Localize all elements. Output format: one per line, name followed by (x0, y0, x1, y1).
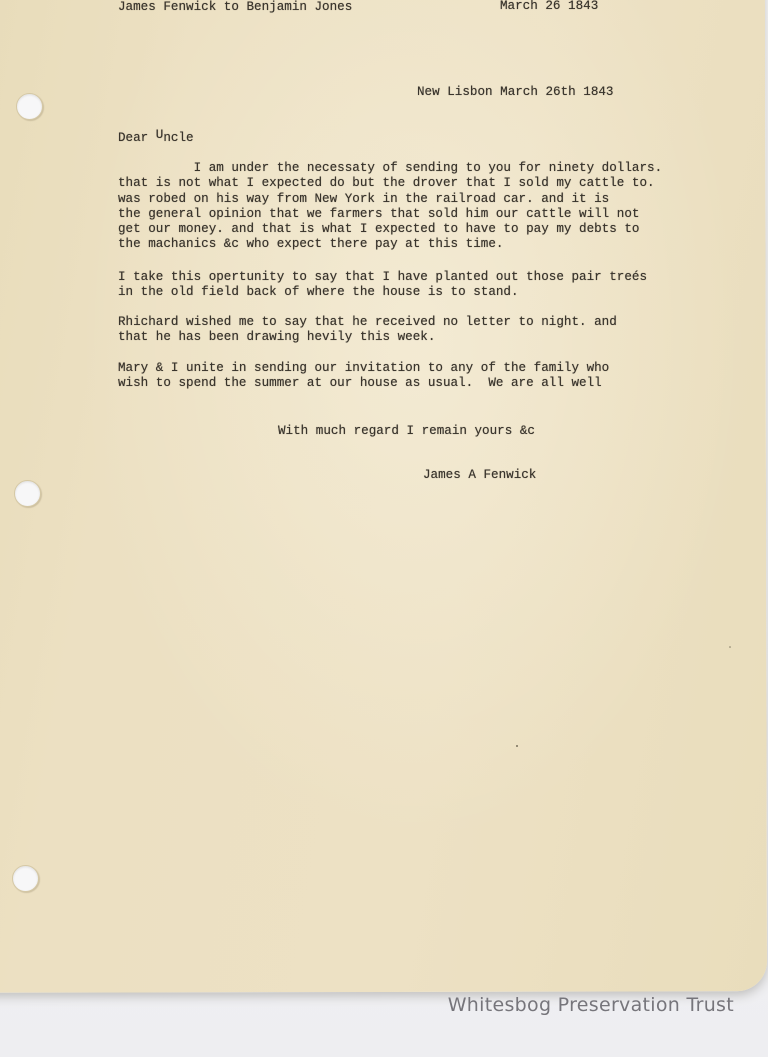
signature: James A Fenwick (423, 468, 536, 483)
letter-paper (0, 0, 767, 993)
salutation-raised-letter: U (156, 128, 164, 142)
salutation-pre: Dear (118, 131, 156, 145)
paragraph-4: Mary & I unite in sending our invitation… (118, 361, 609, 392)
scanned-letter-page: James Fenwick to Benjamin Jones March 26… (0, 0, 768, 1057)
footer-credit: Whitesbog Preservation Trust (448, 994, 734, 1016)
dateline: New Lisbon March 26th 1843 (417, 85, 614, 100)
paragraph-2: I take this opertunity to say that I hav… (118, 270, 647, 301)
punch-hole-top (16, 93, 43, 120)
punch-hole-bottom (12, 865, 39, 892)
closing-line: With much regard I remain yours &c (278, 424, 535, 439)
paragraph-1: I am under the necessaty of sending to y… (118, 161, 662, 253)
header-title: James Fenwick to Benjamin Jones (118, 0, 352, 15)
salutation: Dear Uncle (118, 131, 194, 146)
ink-speck (729, 646, 731, 648)
salutation-rest: ncle (163, 131, 193, 145)
paragraph-3: Rhichard wished me to say that he receiv… (118, 315, 617, 346)
header-date: March 26 1843 (500, 0, 598, 14)
ink-speck (516, 745, 518, 747)
punch-hole-middle (14, 480, 41, 507)
